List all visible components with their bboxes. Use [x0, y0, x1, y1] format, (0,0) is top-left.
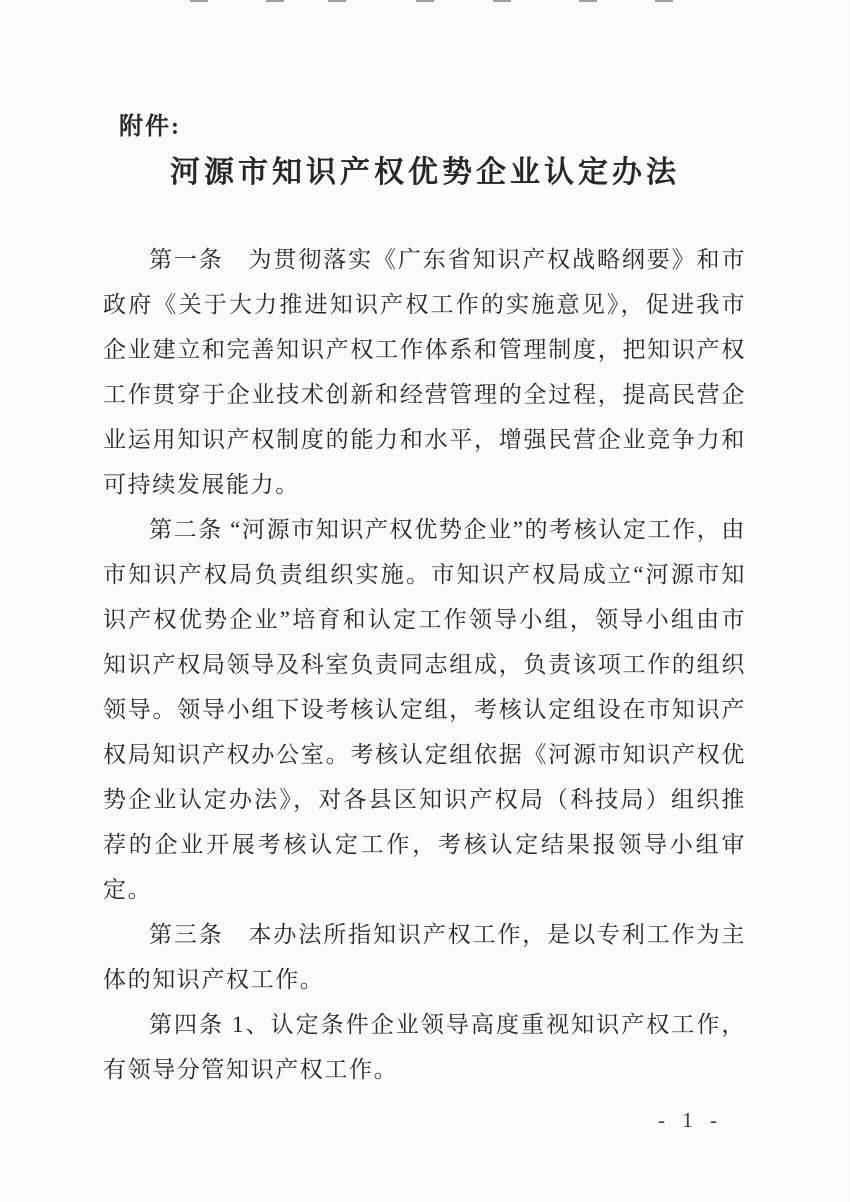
scan-artifact-dash [655, 0, 673, 2]
scan-artifact-dash [416, 0, 434, 2]
paragraph-article-3: 第三条 本办法所指知识产权工作，是以专利工作为主体的知识产权工作。 [103, 912, 746, 1002]
scanned-document-page: 附件: 河源市知识产权优势企业认定办法 第一条 为贯彻落实《广东省知识产权战略纲… [0, 0, 850, 1202]
scan-artifact-dash [190, 0, 208, 2]
scan-artifact-dash [266, 0, 284, 2]
paragraph-article-1: 第一条 为贯彻落实《广东省知识产权战略纲要》和市政府《关于大力推进知识产权工作的… [103, 237, 746, 507]
scan-artifact-dash [493, 0, 511, 2]
page-number: - 1 - [658, 1108, 723, 1133]
attachment-label: 附件: [119, 106, 181, 141]
paragraph-article-2: 第二条 “河源市知识产权优势企业”的考核认定工作，由市知识产权局负责组织实施。市… [103, 507, 746, 912]
scan-artifact-dash [579, 0, 597, 2]
document-body: 第一条 为贯彻落实《广东省知识产权战略纲要》和市政府《关于大力推进知识产权工作的… [103, 237, 746, 1092]
paragraph-article-4: 第四条 1、认定条件企业领导高度重视知识产权工作，有领导分管知识产权工作。 [103, 1002, 746, 1092]
document-title: 河源市知识产权优势企业认定办法 [0, 147, 850, 191]
scan-artifact-dash [328, 0, 346, 2]
